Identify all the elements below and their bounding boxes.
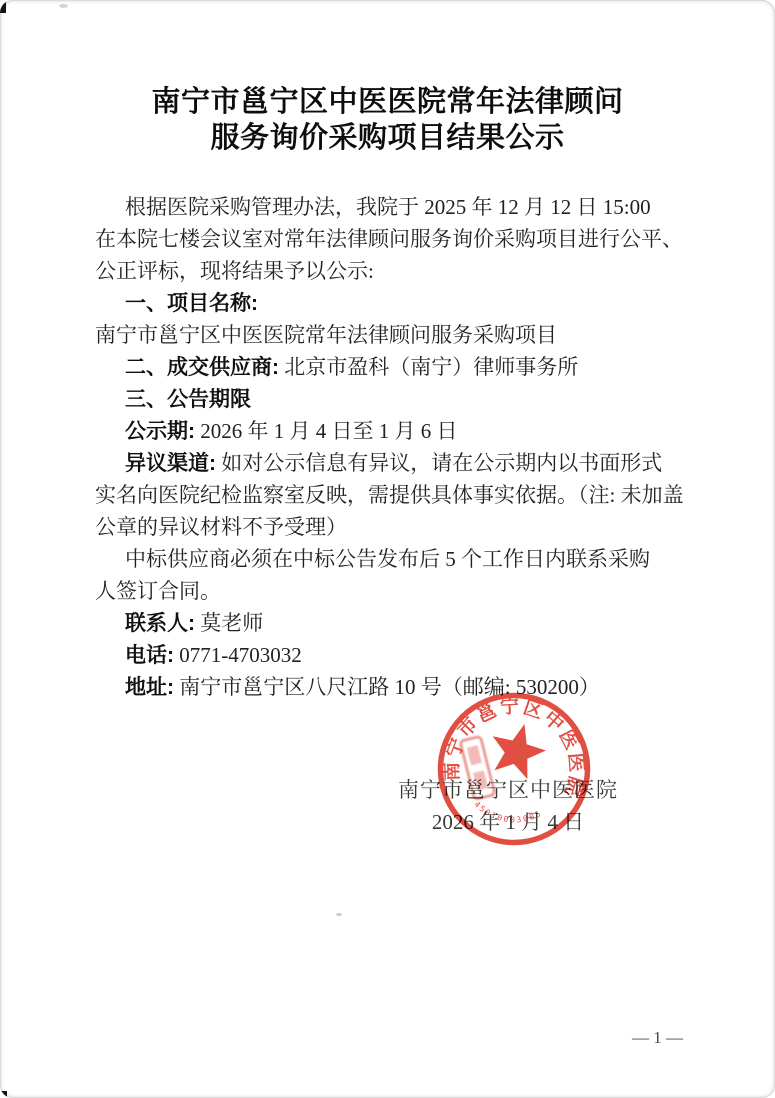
body-line-text: 莫老师 <box>195 611 263 635</box>
body-line: 南宁市邕宁区中医医院常年法律顾问服务采购项目 <box>95 319 689 351</box>
document-title: 南宁市邕宁区中医医院常年法律顾问 服务询价采购项目结果公示 <box>0 84 775 156</box>
body-line: 二、成交供应商: 北京市盈科（南宁）律师事务所 <box>95 351 689 383</box>
page-number: — 1 — <box>600 1028 715 1048</box>
body-line: 三、公告期限 <box>95 383 689 415</box>
body-line-label: 异议渠道: <box>125 452 216 475</box>
scan-artifact-speck <box>59 4 68 8</box>
body-line-label: 一、项目名称: <box>125 292 258 315</box>
body-line-text: 根据医院采购管理办法，我院于 2025 年 12 月 12 日 15:00 <box>125 195 651 219</box>
body-line-text: 在本院七楼会议室对常年法律顾问服务询价采购项目进行公平、 <box>95 227 683 251</box>
body-line: 异议渠道: 如对公示信息有异议，请在公示期内以书面形式 <box>95 447 689 479</box>
document-page: 南宁市邕宁区中医医院常年法律顾问 服务询价采购项目结果公示 根据医院采购管理办法… <box>0 0 775 1098</box>
body-line: 根据医院采购管理办法，我院于 2025 年 12 月 12 日 15:00 <box>95 191 689 223</box>
body-line-text: 公正评标，现将结果予以公示: <box>95 259 374 283</box>
official-seal: 南宁市邕宁区中医医院 45010003005 <box>419 674 609 864</box>
scan-artifact-corner <box>0 1091 7 1098</box>
body-line-text: 中标供应商必须在中标公告发布后 5 个工作日内联系采购 <box>125 547 650 571</box>
body-line: 在本院七楼会议室对常年法律顾问服务询价采购项目进行公平、 <box>95 223 689 255</box>
seal-code-text: 45010003005 <box>471 799 545 829</box>
body-line: 公正评标，现将结果予以公示: <box>95 255 689 287</box>
body-line-label: 地址: <box>125 676 174 699</box>
body-line-label: 二、成交供应商: <box>125 356 279 379</box>
body-line-label: 公示期: <box>125 420 195 443</box>
body-line: 一、项目名称: <box>95 287 689 319</box>
body-line: 中标供应商必须在中标公告发布后 5 个工作日内联系采购 <box>95 543 689 575</box>
body-line-text: 2026 年 1 月 4 日至 1 月 6 日 <box>195 419 458 443</box>
document-title-line2: 服务询价采购项目结果公示 <box>0 120 775 156</box>
body-line-label: 电话: <box>125 644 174 667</box>
body-line: 人签订合同。 <box>95 575 689 607</box>
body-line: 联系人: 莫老师 <box>95 607 689 639</box>
body-line-text: 如对公示信息有异议，请在公示期内以书面形式 <box>216 451 662 475</box>
body-line: 实名向医院纪检监察室反映，需提供具体事实依据。（注: 未加盖 <box>95 479 689 511</box>
body-line-text: 0771-4703032 <box>174 643 302 667</box>
body-line: 公示期: 2026 年 1 月 4 日至 1 月 6 日 <box>95 415 689 447</box>
document-body: 根据医院采购管理办法，我院于 2025 年 12 月 12 日 15:00在本院… <box>95 191 689 703</box>
scan-artifact-corner <box>0 0 6 13</box>
document-title-line1: 南宁市邕宁区中医医院常年法律顾问 <box>0 84 775 120</box>
body-line: 公章的异议材料不予受理） <box>95 511 689 543</box>
body-line-text: 北京市盈科（南宁）律师事务所 <box>279 355 578 379</box>
scan-artifact-speck <box>336 913 342 916</box>
svg-text:45010003005: 45010003005 <box>471 799 545 829</box>
body-line-text: 南宁市邕宁区中医医院常年法律顾问服务采购项目 <box>95 323 557 347</box>
body-line-label: 三、公告期限 <box>125 388 251 411</box>
seal-star-icon <box>493 724 546 779</box>
body-line-label: 联系人: <box>125 612 195 635</box>
body-line: 电话: 0771-4703032 <box>95 639 689 671</box>
body-line-text: 公章的异议材料不予受理） <box>95 515 347 539</box>
body-line-text: 人签订合同。 <box>95 579 221 603</box>
body-line-text: 实名向医院纪检监察室反映，需提供具体事实依据。（注: 未加盖 <box>95 483 684 507</box>
